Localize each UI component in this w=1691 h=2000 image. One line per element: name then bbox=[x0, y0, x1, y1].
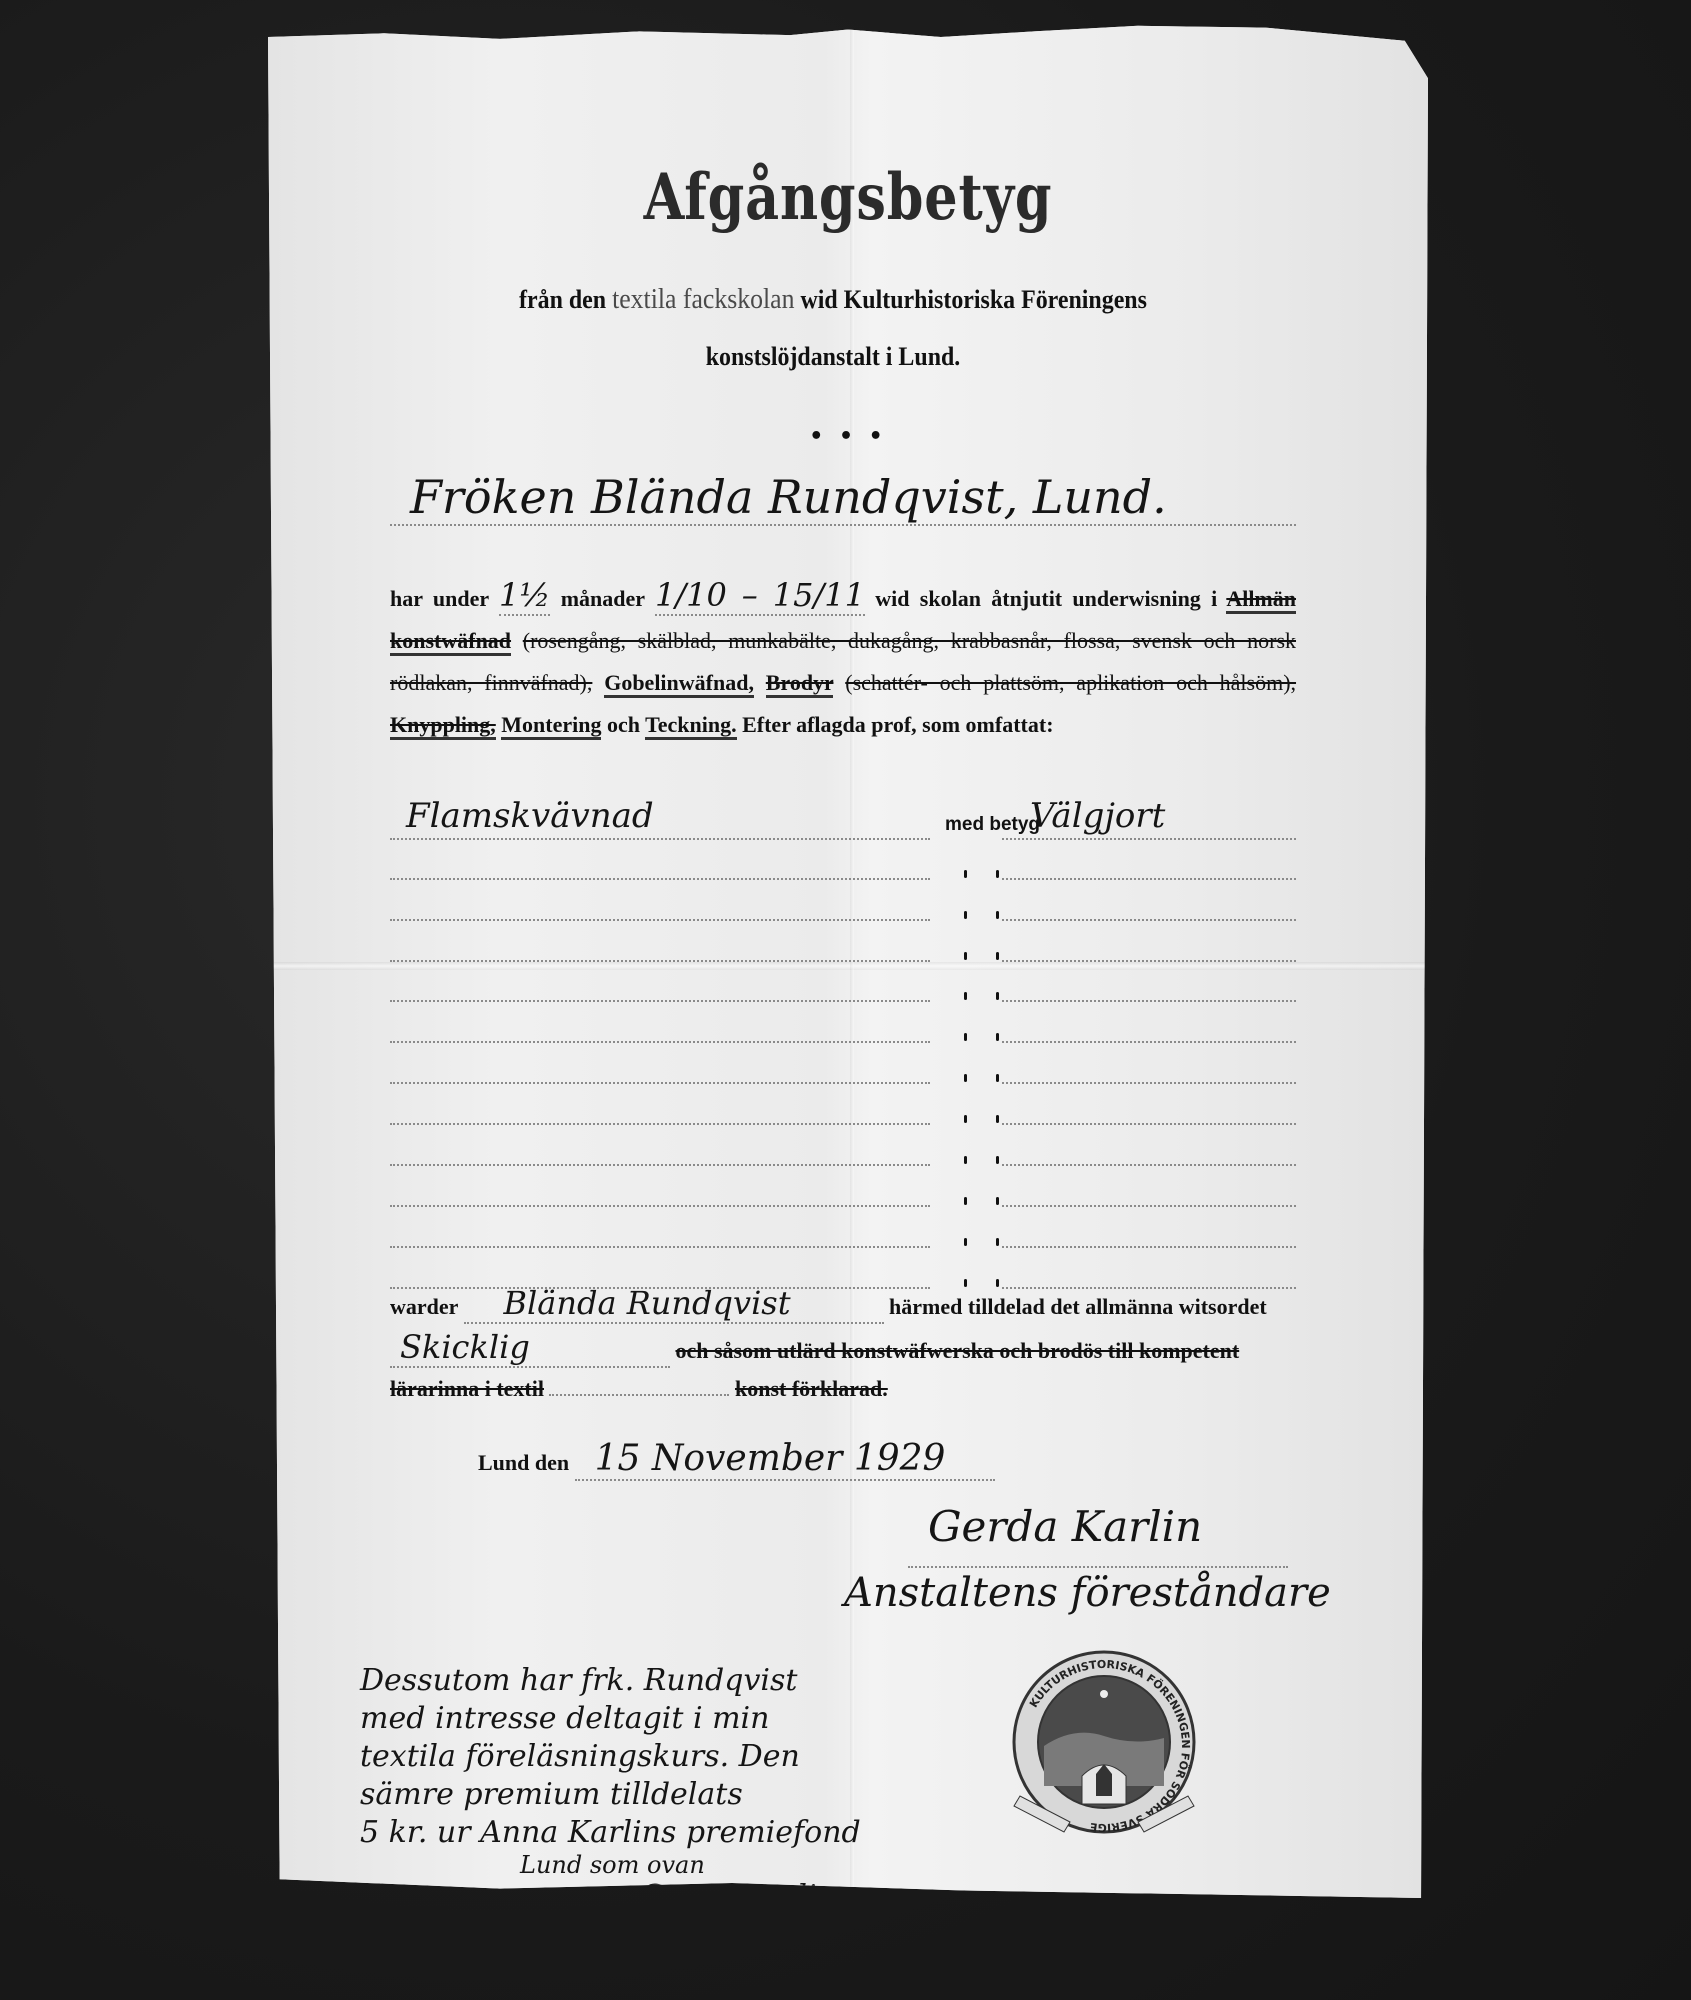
subject-line bbox=[390, 1000, 930, 1002]
ditto-mark bbox=[964, 1115, 967, 1123]
recipient-name: Fröken Blända Rundqvist, Lund. bbox=[410, 470, 1167, 524]
ditto-mark bbox=[964, 952, 967, 960]
struck-text: och såsom utlärd konstwäfwerska och brod… bbox=[676, 1338, 1240, 1363]
signature-name: Gerda Karlin bbox=[928, 1502, 1202, 1551]
note-line: Lund som ovan bbox=[360, 1852, 861, 1878]
ditto-mark bbox=[996, 1156, 999, 1164]
course-row bbox=[390, 844, 1296, 880]
award-text: härmed tilldelad det allmänna witsordet bbox=[889, 1294, 1267, 1319]
para-text: har under bbox=[390, 586, 489, 611]
note-signature: Gerda Karlin bbox=[360, 1878, 861, 1916]
course-row bbox=[390, 1171, 1296, 1207]
course-row bbox=[390, 1130, 1296, 1166]
ditto-mark bbox=[964, 1197, 967, 1205]
date-value: 15 November 1929 bbox=[575, 1438, 995, 1481]
course-row bbox=[390, 1048, 1296, 1084]
subtitle-line-2: konstslöjdanstalt i Lund. bbox=[416, 342, 1250, 372]
ditto-mark bbox=[996, 1197, 999, 1205]
ditto-mark bbox=[996, 870, 999, 878]
ditto-mark bbox=[996, 1033, 999, 1041]
course-grade: Välgjort bbox=[1030, 796, 1165, 836]
para-text: och bbox=[607, 712, 640, 737]
course-row bbox=[390, 1089, 1296, 1125]
subject-line bbox=[390, 1123, 930, 1125]
course-row bbox=[390, 966, 1296, 1002]
grade-line bbox=[1002, 838, 1296, 840]
para-text: Efter aflagda prof, som omfattat: bbox=[742, 712, 1053, 737]
note-line: textila föreläsningskurs. Den bbox=[360, 1738, 861, 1776]
struck-subject: (schattér- och plattsöm, aplikation och … bbox=[845, 670, 1296, 695]
para-text: månader bbox=[561, 586, 645, 611]
separator-dots: • • • bbox=[268, 424, 1428, 449]
award-text: warder bbox=[390, 1294, 458, 1319]
grade-line bbox=[1002, 1205, 1296, 1207]
subject-line bbox=[390, 838, 930, 840]
selected-subject: Montering bbox=[501, 712, 601, 740]
ditto-mark bbox=[964, 1238, 967, 1246]
subtitle-pre: från den bbox=[519, 285, 606, 314]
course-row bbox=[390, 1212, 1296, 1248]
dates-value: 1/10 – 15/11 bbox=[655, 576, 865, 616]
document-title: Afgångsbetyg bbox=[372, 160, 1323, 235]
award-line-3: lärarinna i textil konst förklarad. bbox=[390, 1376, 1296, 1416]
grade-line bbox=[1002, 1246, 1296, 1248]
months-value: 1½ bbox=[499, 576, 550, 616]
subject-line bbox=[390, 960, 930, 962]
subject-line bbox=[390, 1082, 930, 1084]
selected-subject: Teckning. bbox=[645, 712, 737, 740]
subject-line bbox=[390, 1246, 930, 1248]
subtitle-line-1: från den textila fackskolan wid Kulturhi… bbox=[416, 284, 1250, 316]
date-label: Lund den bbox=[478, 1450, 569, 1475]
selected-subject: Gobelinwäfnad, bbox=[604, 670, 754, 698]
ditto-mark bbox=[996, 952, 999, 960]
signature-line bbox=[908, 1566, 1288, 1568]
grade-line bbox=[1002, 878, 1296, 880]
society-seal-icon: KULTURHISTORISKA FÖRENINGEN FÖR SÖDRA SV… bbox=[1004, 1646, 1204, 1846]
ditto-mark bbox=[964, 870, 967, 878]
award-line-2: Skicklig och såsom utlärd konstwäfwerska… bbox=[390, 1328, 1296, 1368]
ditto-mark bbox=[964, 911, 967, 919]
note-line: 5 kr. ur Anna Karlins premiefond bbox=[360, 1814, 861, 1852]
award-line-1: warder Blända Rundqvist härmed tilldelad… bbox=[390, 1284, 1296, 1324]
grade-label: med betyg bbox=[945, 814, 1040, 836]
grade-line bbox=[1002, 1041, 1296, 1043]
subject-line bbox=[390, 1205, 930, 1207]
subject-line bbox=[390, 919, 930, 921]
date-line: Lund den 15 November 1929 bbox=[478, 1438, 1038, 1481]
course-row bbox=[390, 1007, 1296, 1043]
grade-line bbox=[1002, 1082, 1296, 1084]
ditto-mark bbox=[996, 1115, 999, 1123]
course-row bbox=[390, 926, 1296, 962]
ditto-mark bbox=[964, 992, 967, 1000]
ditto-mark bbox=[996, 1238, 999, 1246]
struck-text: lärarinna i textil bbox=[390, 1376, 544, 1401]
ditto-mark bbox=[996, 1074, 999, 1082]
handwritten-note: Dessutom har frk. Rundqvist med intresse… bbox=[360, 1662, 861, 1916]
note-line: Dessutom har frk. Rundqvist bbox=[360, 1662, 861, 1700]
subject-line bbox=[390, 1164, 930, 1166]
recipient-field: Fröken Blända Rundqvist, Lund. bbox=[390, 470, 1296, 526]
course-row bbox=[390, 885, 1296, 921]
subtitle-post: wid Kulturhistoriska Föreningens bbox=[800, 285, 1146, 314]
struck-text: konst förklarad. bbox=[735, 1376, 888, 1401]
struck-subject: Brodyr bbox=[766, 670, 834, 698]
awardee-name: Blända Rundqvist bbox=[464, 1284, 884, 1324]
para-text: wid skolan åtnjutit underwisning i bbox=[875, 586, 1217, 611]
course-subject: Flamskvävnad bbox=[406, 796, 654, 836]
grade-line bbox=[1002, 1123, 1296, 1125]
ditto-mark bbox=[964, 1033, 967, 1041]
subject-line bbox=[390, 878, 930, 880]
signature-title: Anstaltens föreståndare bbox=[844, 1570, 1331, 1616]
course-row: Flamskvävnad med betyg Välgjort bbox=[390, 804, 1296, 840]
grade-line bbox=[1002, 1164, 1296, 1166]
subject-line bbox=[390, 1041, 930, 1043]
grade-line bbox=[1002, 960, 1296, 962]
blank-line bbox=[549, 1394, 729, 1396]
ditto-mark bbox=[964, 1156, 967, 1164]
grade-line bbox=[1002, 919, 1296, 921]
certificate-paper: Afgångsbetyg från den textila fackskolan… bbox=[268, 22, 1428, 1898]
ditto-mark bbox=[996, 992, 999, 1000]
grade-line bbox=[1002, 1000, 1296, 1002]
ditto-mark bbox=[996, 911, 999, 919]
school-name: textila fackskolan bbox=[612, 284, 794, 315]
note-line: sämre premium tilldelats bbox=[360, 1776, 861, 1814]
recipient-dotted-line bbox=[390, 524, 1296, 526]
verdict: Skicklig bbox=[390, 1328, 670, 1368]
ditto-mark bbox=[964, 1074, 967, 1082]
struck-subject: Knyppling, bbox=[390, 712, 496, 740]
instruction-paragraph: har under 1½ månader 1/10 – 15/11 wid sk… bbox=[390, 574, 1296, 746]
note-line: med intresse deltagit i min bbox=[360, 1700, 861, 1738]
